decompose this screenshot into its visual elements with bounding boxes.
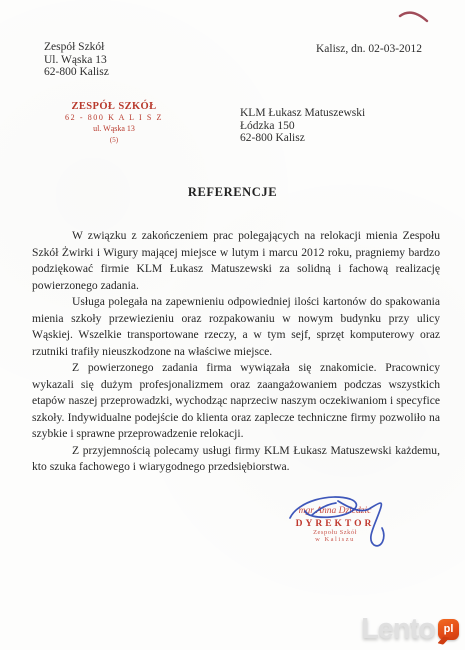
school-stamp: ZESPÓŁ SZKÓŁ 62 - 800 K A L I S Z ul. Wą… xyxy=(58,102,170,145)
sender-line: Ul. Wąska 13 xyxy=(44,54,109,67)
sender-line: Zespół Szkół xyxy=(44,41,109,54)
recipient-address-block: KLM Łukasz Matuszewski Łódzka 150 62-800… xyxy=(240,107,365,145)
recipient-line: Łódzka 150 xyxy=(240,120,365,133)
lento-pl-badge: pl xyxy=(438,619,459,640)
paragraph: Z powierzonego zadania firma wywiązała s… xyxy=(32,360,440,443)
stamp-line: 62 - 800 K A L I S Z xyxy=(58,113,170,123)
recipient-line: 62-800 Kalisz xyxy=(240,132,365,145)
paragraph: W związku z zakończeniem prac polegający… xyxy=(32,228,440,294)
stamp-line: ZESPÓŁ SZKÓŁ xyxy=(58,102,170,112)
recipient-line: KLM Łukasz Matuszewski xyxy=(240,107,365,120)
lento-logo-text: Lento xyxy=(361,615,435,644)
lento-badge-label: pl xyxy=(444,624,454,635)
paragraph: Usługa polegała na zapewnieniu odpowiedn… xyxy=(32,294,440,360)
lento-watermark: Lento pl xyxy=(361,615,459,644)
red-pen-mark xyxy=(396,7,432,27)
stamp-line: ul. Wąska 13 xyxy=(58,124,170,134)
letter-body: W związku z zakończeniem prac polegający… xyxy=(32,228,440,476)
sender-address-block: Zespół Szkół Ul. Wąska 13 62-800 Kalisz xyxy=(44,41,109,79)
handwritten-signature xyxy=(268,488,418,568)
paragraph: Z przyjemnością polecamy usługi firmy KL… xyxy=(32,443,440,476)
sender-line: 62-800 Kalisz xyxy=(44,66,109,79)
signature-block: mgr Anna Dziedzic DYREKTOR Zespołu Szkół… xyxy=(268,488,418,568)
scanned-letter-page: Zespół Szkół Ul. Wąska 13 62-800 Kalisz … xyxy=(0,0,465,650)
letter-title: REFERENCJE xyxy=(0,185,465,200)
stamp-line: (5) xyxy=(58,135,170,145)
date-line: Kalisz, dn. 02-03-2012 xyxy=(316,43,422,55)
